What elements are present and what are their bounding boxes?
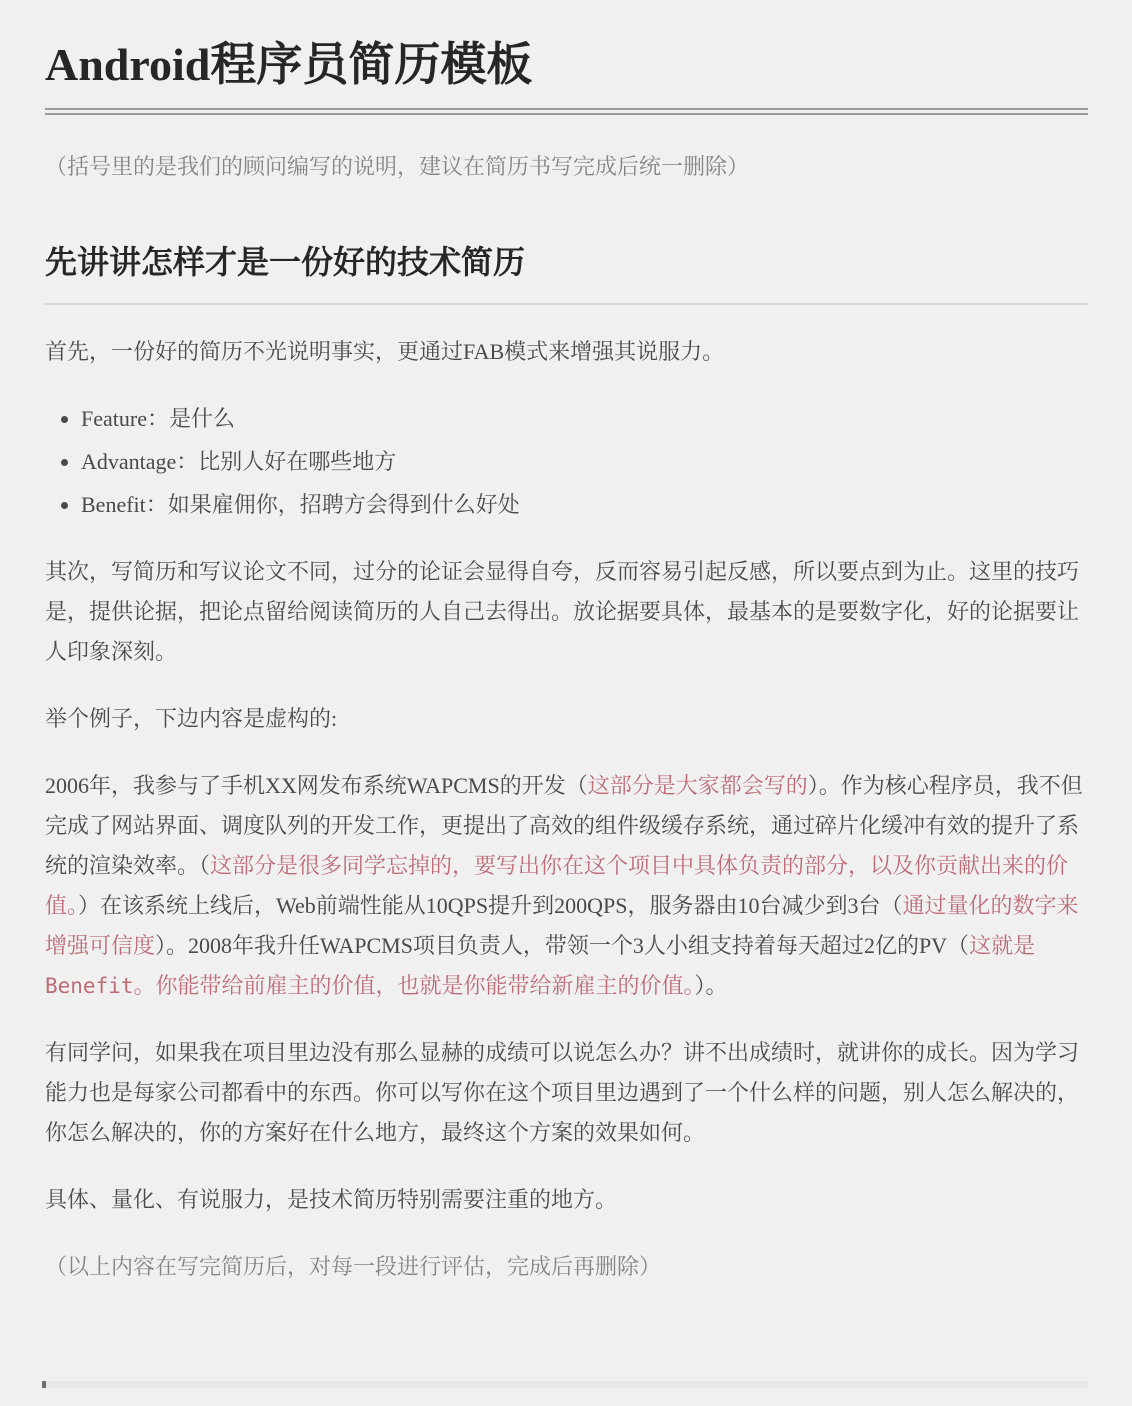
title-divider — [45, 108, 1088, 115]
accent-segment: 这部分是大家都会写的 — [588, 773, 808, 798]
accent-segment: 这就是 — [969, 933, 1035, 958]
section-heading: 先讲讲怎样才是一份好的技术简历 — [45, 241, 1088, 283]
growth-paragraph: 有同学问，如果我在项目里边没有那么显赫的成绩可以说怎么办？讲不出成绩时，就讲你的… — [45, 1033, 1088, 1153]
page-title: Android程序员简历模板 — [45, 36, 1088, 94]
text-segment: ）在该系统上线后，Web前端性能从10QPS提升到200QPS，服务器由10台减… — [78, 893, 903, 918]
advisor-note-top: （括号里的是我们的顾问编写的说明，建议在简历书写完成后统一删除） — [45, 147, 1088, 187]
list-item: Feature：是什么 — [81, 399, 1088, 439]
example-paragraph: 2006年，我参与了手机XX网发布系统WAPCMS的开发（这部分是大家都会写的）… — [45, 766, 1088, 1006]
list-item: Advantage：比别人好在哪些地方 — [81, 442, 1088, 482]
text-segment: ）。2008年我升任WAPCMS项目负责人，带领一个3人小组支持着每天超过2亿的… — [155, 933, 969, 958]
summary-paragraph: 具体、量化、有说服力，是技术简历特别需要注重的地方。 — [45, 1180, 1088, 1220]
section-divider — [45, 303, 1088, 305]
code-block-edge-tick — [42, 1381, 46, 1388]
list-item: Benefit：如果雇佣你，招聘方会得到什么好处 — [81, 485, 1088, 525]
text-segment: ）。 — [695, 973, 728, 998]
text-segment: 2006年，我参与了手机XX网发布系统WAPCMS的开发（ — [45, 773, 588, 798]
intro-paragraph: 首先，一份好的简历不光说明事实，更通过FAB模式来增强其说服力。 — [45, 332, 1088, 372]
fab-list: Feature：是什么Advantage：比别人好在哪些地方Benefit：如果… — [45, 399, 1088, 525]
second-paragraph: 其次，写简历和写议论文不同，过分的论证会显得自夸，反而容易引起反感，所以要点到为… — [45, 552, 1088, 672]
advisor-note-bottom: （以上内容在写完简历后，对每一段进行评估，完成后再删除） — [45, 1247, 1088, 1287]
document-page: Android程序员简历模板 （括号里的是我们的顾问编写的说明，建议在简历书写完… — [0, 0, 1132, 1406]
accent-segment: 。你能带给前雇主的价值，也就是你能带给新雇主的价值。 — [134, 973, 695, 998]
accent-segment: Benefit — [45, 974, 134, 998]
code-block-edge — [45, 1381, 1088, 1388]
example-lead-paragraph: 举个例子，下边内容是虚构的: — [45, 699, 1088, 739]
